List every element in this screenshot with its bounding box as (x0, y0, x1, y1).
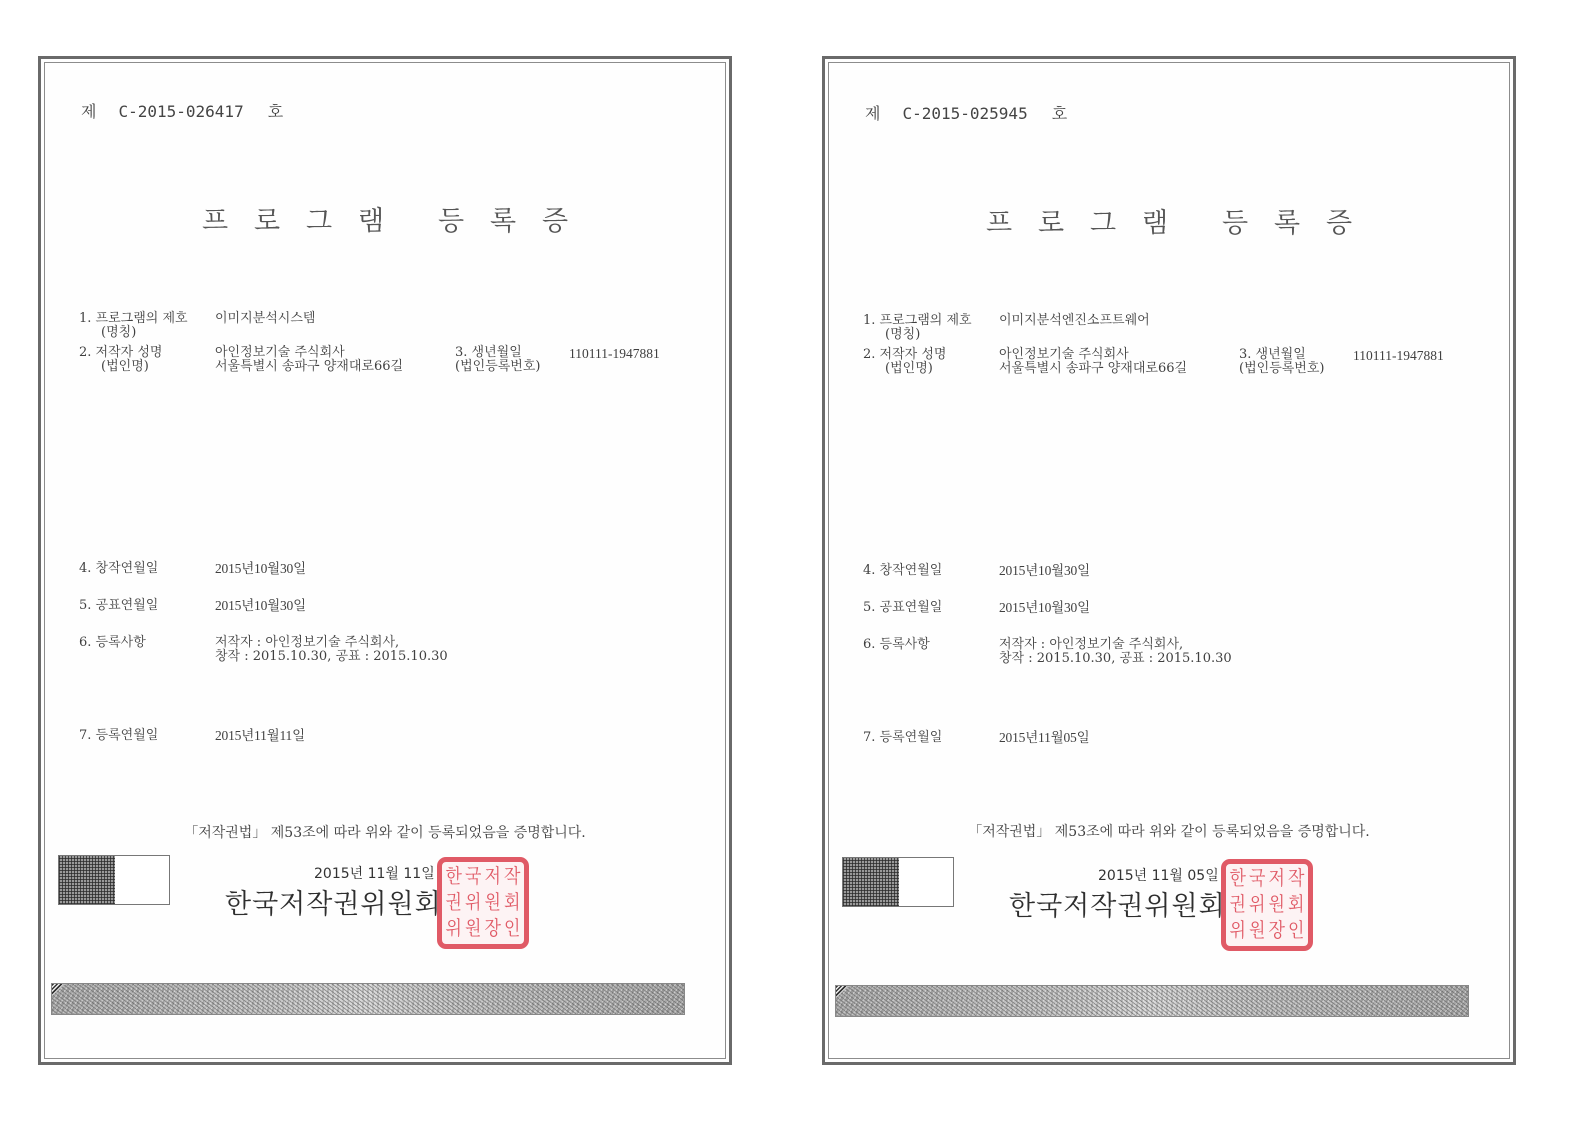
program-title-value: 이미지분석엔진소프트웨어 (999, 314, 1150, 328)
registration-items-value: 저작자 : 아인정보기술 주식회사, 창작 : 2015.10.30, 공표 :… (999, 638, 1232, 666)
program-title-value: 이미지분석시스템 (215, 312, 315, 326)
certificate-title: 프로그램등록증 (825, 201, 1513, 240)
creation-date-label: 4. 창작연월일 (79, 562, 158, 576)
label-sub: (법인등록번호) (455, 360, 541, 374)
registration-items-label: 6. 등록사항 (863, 638, 930, 652)
security-strip-corner (836, 986, 848, 998)
security-strip-corner (52, 984, 64, 996)
creation-date-label: 4. 창작연월일 (863, 564, 942, 578)
registration-items-line: 창작 : 2015.10.30, 공표 : 2015.10.30 (999, 652, 1232, 666)
creation-date-value: 2015년10월30일 (215, 562, 306, 576)
certification-statement: 「저작권법」 제53조에 따라 위와 같이 등록되었음을 증명합니다. (825, 821, 1513, 841)
label-sub: (명칭) (863, 328, 972, 342)
birth-label: 3. 생년월일 (법인등록번호) (1239, 348, 1325, 376)
registration-items-line: 창작 : 2015.10.30, 공표 : 2015.10.30 (215, 650, 448, 664)
reg-suffix: 호 (1052, 104, 1067, 123)
seal-char: 위 (444, 914, 464, 944)
title-char: 등 (425, 199, 477, 238)
registration-date-label: 7. 등록연월일 (863, 731, 942, 745)
certificate-2: 제C-2015-025945호 프로그램등록증 1. 프로그램의 제호 (명칭)… (822, 56, 1516, 1065)
label-sub: (법인등록번호) (1239, 362, 1325, 376)
birth-value: 110111-1947881 (569, 347, 660, 361)
seal-char: 인 (503, 914, 523, 944)
registration-number: 제C-2015-026417호 (81, 99, 283, 122)
issue-date: 2015년 11월 11일 (314, 863, 435, 883)
security-strip (51, 983, 685, 1015)
seal-char: 장 (1267, 916, 1287, 946)
reg-number: C-2015-025945 (902, 104, 1027, 123)
registration-items-line: 저작자 : 아인정보기술 주식회사, (215, 636, 448, 650)
title-char: 등 (1209, 201, 1261, 240)
label-text: 2. 저작자 성명 (79, 345, 162, 360)
registration-items-label: 6. 등록사항 (79, 636, 146, 650)
barcode-pattern (843, 858, 899, 906)
publication-date-value: 2015년10월30일 (999, 601, 1090, 615)
program-title-label: 1. 프로그램의 제호 (명칭) (79, 312, 188, 340)
author-label: 2. 저작자 성명 (법인명) (863, 348, 946, 376)
program-title-label: 1. 프로그램의 제호 (명칭) (863, 314, 972, 342)
label-text: 2. 저작자 성명 (863, 347, 946, 362)
author-value: 아인정보기술 주식회사 서울특별시 송파구 양재대로66길 (999, 348, 1187, 376)
seal-char: 위 (1228, 916, 1248, 946)
registration-date-value: 2015년11월05일 (999, 731, 1089, 745)
author-label: 2. 저작자 성명 (법인명) (79, 346, 162, 374)
label-text: 1. 프로그램의 제호 (79, 311, 188, 326)
registration-date-label: 7. 등록연월일 (79, 729, 158, 743)
author-address: 서울특별시 송파구 양재대로66길 (999, 362, 1187, 376)
author-name: 아인정보기술 주식회사 (999, 348, 1187, 362)
registration-date-value: 2015년11월11일 (215, 729, 305, 743)
security-strip (835, 985, 1469, 1017)
title-char: 프 (973, 201, 1025, 240)
title-char: 로 (241, 199, 293, 238)
official-seal-icon: 한 국 저 작 권 위 원 회 위 원 장 인 (437, 857, 529, 949)
official-seal-icon: 한 국 저 작 권 위 원 회 위 원 장 인 (1221, 859, 1313, 951)
author-name: 아인정보기술 주식회사 (215, 346, 403, 360)
creation-date-value: 2015년10월30일 (999, 564, 1090, 578)
title-char: 증 (529, 199, 581, 238)
label-text: 3. 생년월일 (455, 346, 541, 360)
reg-number: C-2015-026417 (118, 102, 243, 121)
label-sub: (명칭) (79, 326, 188, 340)
issuer-name: 한국저작권위원회 (1009, 884, 1226, 923)
label-sub: (법인명) (863, 362, 946, 376)
label-text: 1. 프로그램의 제호 (863, 313, 972, 328)
reg-suffix: 호 (268, 102, 283, 121)
author-value: 아인정보기술 주식회사 서울특별시 송파구 양재대로66길 (215, 346, 403, 374)
registration-items-line: 저작자 : 아인정보기술 주식회사, (999, 638, 1232, 652)
seal-char: 장 (483, 914, 503, 944)
certificate-title: 프로그램등록증 (41, 199, 729, 238)
publication-date-value: 2015년10월30일 (215, 599, 306, 613)
label-text: 3. 생년월일 (1239, 348, 1325, 362)
author-address: 서울특별시 송파구 양재대로66길 (215, 360, 403, 374)
barcode (58, 855, 170, 905)
seal-char: 원 (464, 914, 484, 944)
certification-statement: 「저작권법」 제53조에 따라 위와 같이 등록되었음을 증명합니다. (41, 822, 729, 842)
seal-char: 인 (1287, 916, 1307, 946)
title-char: 그 (293, 199, 345, 238)
seal-char: 원 (1248, 916, 1268, 946)
registration-number: 제C-2015-025945호 (865, 101, 1067, 124)
birth-value: 110111-1947881 (1353, 349, 1444, 363)
title-char: 록 (1261, 201, 1313, 240)
title-char: 프 (189, 199, 241, 238)
publication-date-label: 5. 공표연월일 (863, 601, 942, 615)
registration-items-value: 저작자 : 아인정보기술 주식회사, 창작 : 2015.10.30, 공표 :… (215, 636, 448, 664)
title-char: 증 (1313, 201, 1365, 240)
barcode-pattern (59, 856, 115, 904)
title-char: 록 (477, 199, 529, 238)
birth-label: 3. 생년월일 (법인등록번호) (455, 346, 541, 374)
publication-date-label: 5. 공표연월일 (79, 599, 158, 613)
title-char: 램 (1129, 201, 1181, 240)
title-char: 로 (1025, 201, 1077, 240)
issuer-name: 한국저작권위원회 (225, 882, 442, 921)
label-sub: (법인명) (79, 360, 162, 374)
reg-prefix: 제 (865, 104, 880, 123)
issue-date: 2015년 11월 05일 (1098, 865, 1219, 885)
title-char: 램 (345, 199, 397, 238)
title-char: 그 (1077, 201, 1129, 240)
barcode (842, 857, 954, 907)
certificate-1: 제C-2015-026417호 프로그램등록증 1. 프로그램의 제호 (명칭)… (38, 56, 732, 1065)
reg-prefix: 제 (81, 102, 96, 121)
